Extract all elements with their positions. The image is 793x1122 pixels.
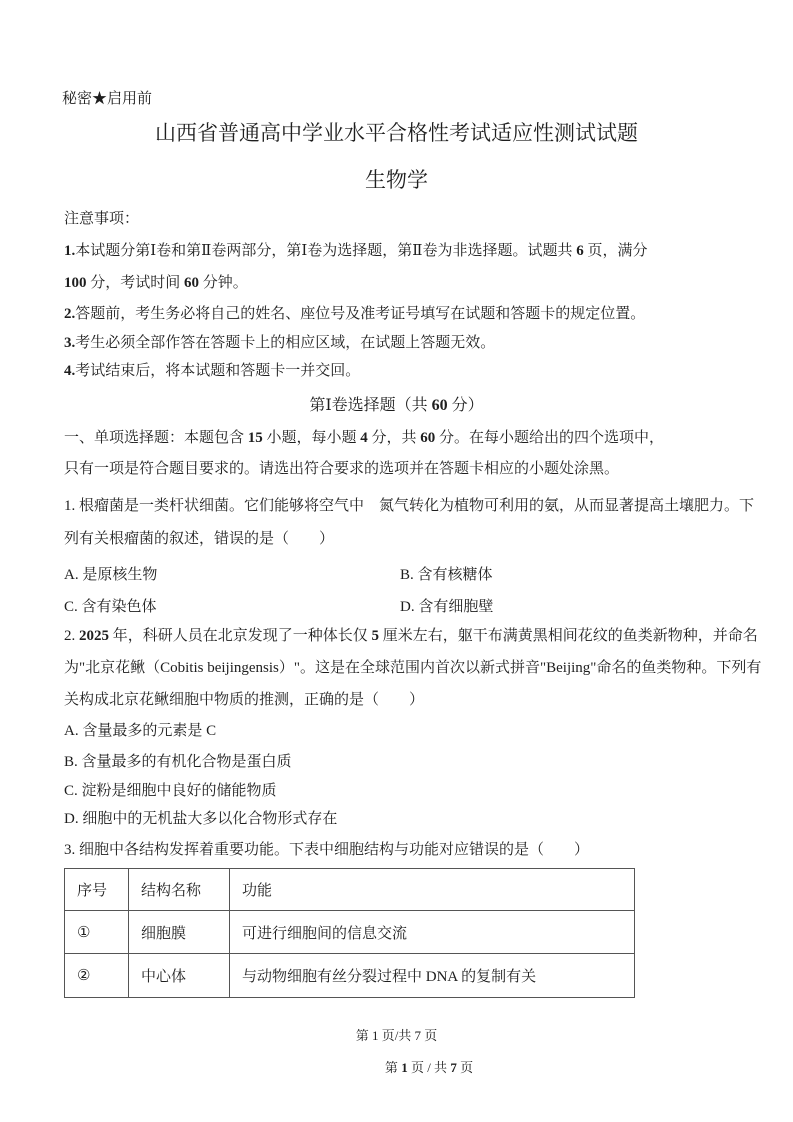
question2-option-c: C. 淀粉是细胞中良好的储能物质 [64,781,277,801]
table-cell-structure-1: 细胞膜 [129,911,230,954]
section-intro-line-2: 只有一项是符合题目要求的。请选出符合要求的选项并在答题卡相应的小题处涂黑。 [64,459,619,479]
question2-line-1: 2. 2025 年，科研人员在北京发现了一种体长仅 5 厘米左右，躯干布满黄黑相… [64,626,758,646]
page-number-secondary: 第 1 页 / 共 7 页 [65,1057,793,1076]
table-cell-function-1: 可进行细胞间的信息交流 [230,911,635,954]
notice-heading: 注意事项： [64,209,139,229]
question3-line: 3. 细胞中各结构发挥着重要功能。下表中细胞结构与功能对应错误的是（ ） [64,840,589,860]
table-cell-function-2: 与动物细胞有丝分裂过程中 DNA 的复制有关 [230,954,635,998]
page-number-primary: 第 1 页/共 7 页 [0,1026,793,1046]
question3-table: 序号 结构名称 功能 ① 细胞膜 可进行细胞间的信息交流 ② 中心体 与动物细胞… [64,868,635,998]
table-header-structure: 结构名称 [129,869,230,911]
question2-line-2: 为"北京花鳅（Cobitis beijingensis）"。这是在全球范围内首次… [64,658,761,678]
classification-label: 秘密★启用前 [62,89,152,109]
table-cell-structure-2: 中心体 [129,954,230,998]
question2-line-3: 关构成北京花鳅细胞中物质的推测，正确的是（ ） [64,690,424,710]
exam-title: 山西省普通高中学业水平合格性考试适应性测试试题 [0,120,793,146]
table-row: ① 细胞膜 可进行细胞间的信息交流 [65,911,635,954]
table-header-function: 功能 [230,869,635,911]
question2-option-b: B. 含量最多的有机化合物是蛋白质 [64,752,292,772]
question2-option-a: A. 含量最多的元素是 C [64,721,216,741]
notice-line-5: 4.考试结束后，将本试题和答题卡一并交回。 [64,361,360,381]
table-header-number: 序号 [65,869,129,911]
table-cell-number-2: ② [65,954,129,998]
notice-line-1: 1.本试题分第Ⅰ卷和第Ⅱ卷两部分，第Ⅰ卷为选择题，第Ⅱ卷为非选择题。试题共 6 … [64,241,648,261]
question1-option-a: A. 是原核生物 [64,565,157,585]
part1-heading: 第Ⅰ卷选择题（共 60 分） [0,396,793,416]
notice-line-3: 2.答题前，考生务必将自己的姓名、座位号及准考证号填写在试题和答题卡的规定位置。 [64,304,645,324]
notice-line-2: 100 分，考试时间 60 分钟。 [64,273,248,293]
question1-line-1: 1. 根瘤菌是一类杆状细菌。它们能够将空气中 氮气转化为植物可利用的氨，从而显著… [64,496,754,516]
subject-title: 生物学 [0,167,793,193]
question2-option-d: D. 细胞中的无机盐大多以化合物形式存在 [64,809,337,829]
exam-page: 秘密★启用前 山西省普通高中学业水平合格性考试适应性测试试题 生物学 注意事项：… [0,0,793,1122]
question1-option-d: D. 含有细胞壁 [400,597,493,617]
table-header-row: 序号 结构名称 功能 [65,869,635,911]
section-intro-line-1: 一、单项选择题：本题包含 15 小题，每小题 4 分，共 60 分。在每小题给出… [64,428,664,448]
question1-line-2: 列有关根瘤菌的叙述，错误的是（ ） [64,529,334,549]
table-row: ② 中心体 与动物细胞有丝分裂过程中 DNA 的复制有关 [65,954,635,998]
notice-line-4: 3.考生必须全部作答在答题卡上的相应区域，在试题上答题无效。 [64,333,495,353]
table-cell-number-1: ① [65,911,129,954]
question1-option-b: B. 含有核糖体 [400,565,493,585]
question1-option-c: C. 含有染色体 [64,597,157,617]
